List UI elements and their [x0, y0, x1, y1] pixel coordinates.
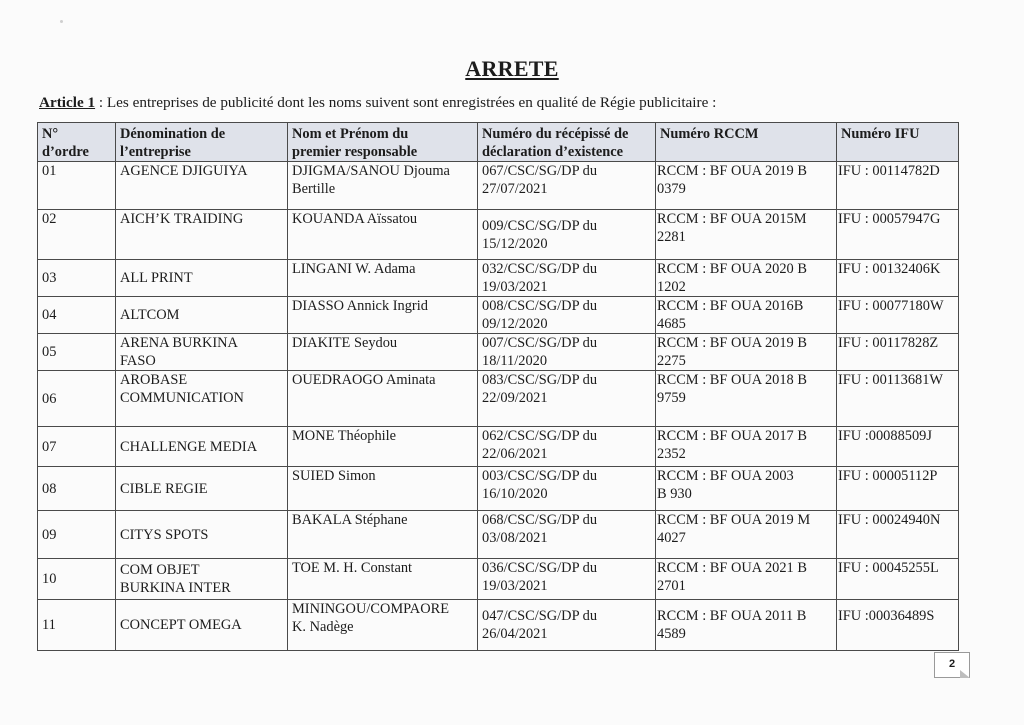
table-row: 03ALL PRINTLINGANI W. Adama032/CSC/SG/DP… [38, 260, 959, 297]
cell-rccm: RCCM : BF OUA 2015M2281 [656, 210, 837, 260]
cell-denomination: AICH’K TRAIDING [116, 210, 288, 260]
cell-recepisse: 083/CSC/SG/DP du22/09/2021 [478, 371, 656, 427]
cell-recepisse: 067/CSC/SG/DP du27/07/2021 [478, 162, 656, 210]
page-curl-icon [960, 670, 970, 678]
cell-rccm: RCCM : BF OUA 2018 B9759 [656, 371, 837, 427]
cell-denomination: ALTCOM [116, 297, 288, 334]
cell-rccm: RCCM : BF OUA 2019 B2275 [656, 334, 837, 371]
cell-num: 09 [38, 511, 116, 559]
registry-table: N°d’ordre Dénomination del’entreprise No… [37, 122, 959, 651]
cell-num: 02 [38, 210, 116, 260]
cell-ifu: IFU : 00113681W [837, 371, 959, 427]
cell-recepisse: 008/CSC/SG/DP du09/12/2020 [478, 297, 656, 334]
cell-denomination: ALL PRINT [116, 260, 288, 297]
header-denomination: Dénomination del’entreprise [116, 123, 288, 162]
document-title: ARRETE [0, 56, 1024, 82]
cell-recepisse: 047/CSC/SG/DP du26/04/2021 [478, 600, 656, 651]
cell-rccm: RCCM : BF OUA 2019 B0379 [656, 162, 837, 210]
cell-responsable: DIASSO Annick Ingrid [288, 297, 478, 334]
cell-denomination: ARENA BURKINAFASO [116, 334, 288, 371]
cell-denomination: COM OBJETBURKINA INTER [116, 559, 288, 600]
cell-rccm: RCCM : BF OUA 2011 B4589 [656, 600, 837, 651]
cell-rccm: RCCM : BF OUA 2017 B2352 [656, 427, 837, 467]
cell-responsable: MININGOU/COMPAOREK. Nadège [288, 600, 478, 651]
cell-responsable: BAKALA Stéphane [288, 511, 478, 559]
table-row: 01AGENCE DJIGUIYADJIGMA/SANOU DjoumaBert… [38, 162, 959, 210]
cell-recepisse: 062/CSC/SG/DP du22/06/2021 [478, 427, 656, 467]
cell-denomination: CIBLE REGIE [116, 467, 288, 511]
table-row: 05ARENA BURKINAFASODIAKITE Seydou007/CSC… [38, 334, 959, 371]
table-row: 07CHALLENGE MEDIAMONE Théophile062/CSC/S… [38, 427, 959, 467]
cell-denomination: CHALLENGE MEDIA [116, 427, 288, 467]
cell-ifu: IFU : 00005112P [837, 467, 959, 511]
cell-ifu: IFU : 00024940N [837, 511, 959, 559]
cell-num: 06 [38, 371, 116, 427]
cell-responsable: OUEDRAOGO Aminata [288, 371, 478, 427]
table-row: 08CIBLE REGIE SUIED Simon003/CSC/SG/DP d… [38, 467, 959, 511]
cell-responsable: DJIGMA/SANOU DjoumaBertille [288, 162, 478, 210]
cell-ifu: IFU : 00045255L [837, 559, 959, 600]
cell-denomination: AGENCE DJIGUIYA [116, 162, 288, 210]
cell-recepisse: 003/CSC/SG/DP du16/10/2020 [478, 467, 656, 511]
cell-responsable: TOE M. H. Constant [288, 559, 478, 600]
cell-ifu: IFU : 00057947G [837, 210, 959, 260]
table-row: 06AROBASECOMMUNICATIONOUEDRAOGO Aminata0… [38, 371, 959, 427]
cell-num: 10 [38, 559, 116, 600]
header-recepisse: Numéro du récépissé dedéclaration d’exis… [478, 123, 656, 162]
cell-recepisse: 032/CSC/SG/DP du19/03/2021 [478, 260, 656, 297]
cell-num: 11 [38, 600, 116, 651]
cell-num: 05 [38, 334, 116, 371]
cell-responsable: SUIED Simon [288, 467, 478, 511]
scan-speck [60, 20, 63, 23]
cell-responsable: KOUANDA Aïssatou [288, 210, 478, 260]
cell-recepisse: 009/CSC/SG/DP du15/12/2020 [478, 210, 656, 260]
table-row: 09CITYS SPOTSBAKALA Stéphane068/CSC/SG/D… [38, 511, 959, 559]
page-number-badge: 2 [934, 652, 970, 678]
cell-rccm: RCCM : BF OUA 2003B 930 [656, 467, 837, 511]
table-row: 10COM OBJETBURKINA INTERTOE M. H. Consta… [38, 559, 959, 600]
cell-responsable: MONE Théophile [288, 427, 478, 467]
cell-ifu: IFU :00036489S [837, 600, 959, 651]
cell-recepisse: 068/CSC/SG/DP du03/08/2021 [478, 511, 656, 559]
cell-rccm: RCCM : BF OUA 2019 M4027 [656, 511, 837, 559]
article-text: : Les entreprises de publicité dont les … [95, 94, 716, 111]
header-rccm: Numéro RCCM [656, 123, 837, 162]
header-ifu: Numéro IFU [837, 123, 959, 162]
article-label: Article 1 [39, 94, 95, 111]
cell-recepisse: 036/CSC/SG/DP du19/03/2021 [478, 559, 656, 600]
cell-num: 04 [38, 297, 116, 334]
cell-denomination: AROBASECOMMUNICATION [116, 371, 288, 427]
cell-rccm: RCCM : BF OUA 2016B4685 [656, 297, 837, 334]
cell-denomination: CONCEPT OMEGA [116, 600, 288, 651]
cell-responsable: LINGANI W. Adama [288, 260, 478, 297]
cell-recepisse: 007/CSC/SG/DP du18/11/2020 [478, 334, 656, 371]
cell-ifu: IFU : 00077180W [837, 297, 959, 334]
header-num: N°d’ordre [38, 123, 116, 162]
table-header-row: N°d’ordre Dénomination del’entreprise No… [38, 123, 959, 162]
cell-ifu: IFU : 00114782D [837, 162, 959, 210]
cell-rccm: RCCM : BF OUA 2020 B1202 [656, 260, 837, 297]
cell-responsable: DIAKITE Seydou [288, 334, 478, 371]
cell-ifu: IFU : 00117828Z [837, 334, 959, 371]
cell-denomination: CITYS SPOTS [116, 511, 288, 559]
article-1-intro: Article 1 : Les entreprises de publicité… [39, 94, 716, 112]
cell-num: 03 [38, 260, 116, 297]
cell-num: 01 [38, 162, 116, 210]
cell-num: 08 [38, 467, 116, 511]
table-row: 04ALTCOMDIASSO Annick Ingrid008/CSC/SG/D… [38, 297, 959, 334]
cell-ifu: IFU :00088509J [837, 427, 959, 467]
cell-ifu: IFU : 00132406K [837, 260, 959, 297]
header-responsable: Nom et Prénom dupremier responsable [288, 123, 478, 162]
table-row: 02AICH’K TRAIDINGKOUANDA Aïssatou009/CSC… [38, 210, 959, 260]
cell-num: 07 [38, 427, 116, 467]
table-row: 11CONCEPT OMEGAMININGOU/COMPAOREK. Nadèg… [38, 600, 959, 651]
cell-rccm: RCCM : BF OUA 2021 B2701 [656, 559, 837, 600]
